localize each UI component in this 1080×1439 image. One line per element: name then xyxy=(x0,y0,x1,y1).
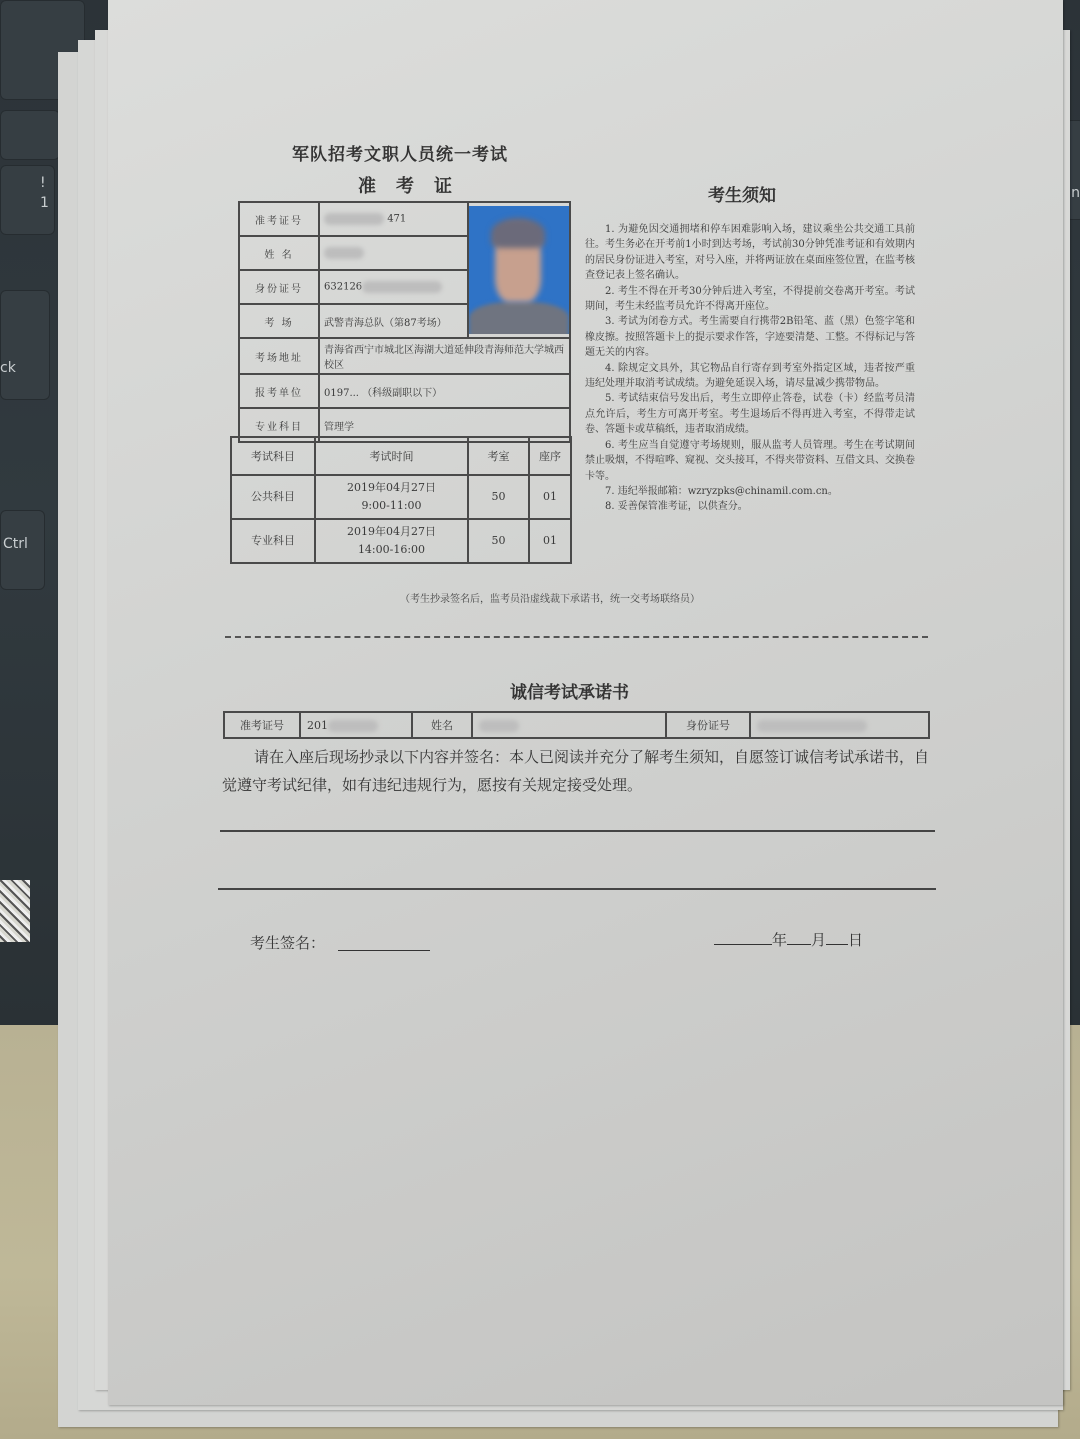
ticket-subtitle: 准考证 xyxy=(358,172,472,198)
signature-field[interactable] xyxy=(338,950,430,951)
schedule-time: 2019年04月27日9:00-11:00 xyxy=(315,475,468,519)
schedule-seat: 01 xyxy=(529,475,571,519)
schedule-subject: 公共科目 xyxy=(231,475,315,519)
schedule-row: 专业科目 2019年04月27日14:00-16:00 50 01 xyxy=(231,519,571,563)
notice-item: 1. 为避免因交通拥堵和停车困难影响入场，建议乘坐公共交通工具前往。考生务必在开… xyxy=(585,222,915,284)
schedule-room: 50 xyxy=(468,475,529,519)
year-blank[interactable] xyxy=(714,928,772,945)
pledge-statement: 请在入座后现场抄录以下内容并签名：本人已阅读并充分了解考生须知，自愿签订诚信考试… xyxy=(222,743,932,799)
cut-instruction: （考生抄录签名后，监考员沿虚线裁下承诺书，统一交考场联络员） xyxy=(400,590,700,605)
redaction xyxy=(328,720,378,732)
schedule-header: 考室 xyxy=(468,437,529,475)
year-label: 年 xyxy=(772,931,787,949)
redaction xyxy=(324,247,364,259)
pledge-value-ticket-number: 201 xyxy=(300,712,412,738)
field-value-name xyxy=(319,236,468,270)
candidate-photo xyxy=(469,206,569,334)
field-label: 考 场 xyxy=(239,304,319,338)
field-value-ticket-number: 471 xyxy=(319,202,468,236)
notice-item: 6. 考生应当自觉遵守考场规则，服从监考人员管理。考生在考试期间禁止吸烟，不得喧… xyxy=(585,438,915,484)
redaction xyxy=(479,720,519,732)
field-value-exam-site: 武警青海总队（第87考场） xyxy=(319,304,468,338)
field-value-id-number: 632126 xyxy=(319,270,468,304)
schedule-table: 考试科目 考试时间 考室 座序 公共科目 2019年04月27日9:00-11:… xyxy=(230,436,572,564)
notice-title: 考生须知 xyxy=(708,181,776,206)
field-label: 姓 名 xyxy=(239,236,319,270)
admission-document: 军队招考文职人员统一考试 准考证 准考证号 471 姓 名 身份证号 63212… xyxy=(0,0,1080,1439)
notice-item: 5. 考试结束信号发出后，考生立即停止答卷，试卷（卡）经监考员清点允许后，考生方… xyxy=(585,391,915,437)
day-label: 日 xyxy=(848,931,863,949)
cut-line xyxy=(225,636,928,638)
schedule-header: 座序 xyxy=(529,437,571,475)
photo-cell xyxy=(468,202,570,338)
date-field[interactable]: 年月日 xyxy=(714,928,863,950)
field-label: 考场地址 xyxy=(239,338,319,374)
schedule-subject: 专业科目 xyxy=(231,519,315,563)
pledge-value-id-number xyxy=(750,712,929,738)
redaction xyxy=(324,213,384,225)
field-label: 准考证号 xyxy=(239,202,319,236)
month-blank[interactable] xyxy=(787,928,811,945)
notice-item: 4. 除规定文具外，其它物品自行寄存到考室外指定区域，违者按严重违纪处理并取消考… xyxy=(585,361,915,392)
notice-item: 3. 考试为闭卷方式。考生需要自行携带2B铅笔、蓝（黑）色签字笔和橡皮擦。按照答… xyxy=(585,314,915,360)
pledge-label: 准考证号 xyxy=(224,712,300,738)
field-value-site-address: 青海省西宁市城北区海湖大道延伸段青海师范大学城西校区 xyxy=(319,338,570,374)
signature-label: 考生签名： xyxy=(250,932,325,953)
pledge-info-table: 准考证号 201 姓名 身份证号 xyxy=(223,711,930,739)
handwriting-line[interactable] xyxy=(218,888,936,890)
schedule-room: 50 xyxy=(468,519,529,563)
pledge-title: 诚信考试承诺书 xyxy=(510,678,629,703)
handwriting-line[interactable] xyxy=(220,830,935,832)
redaction xyxy=(362,281,442,293)
field-label: 报考单位 xyxy=(239,374,319,408)
redaction xyxy=(757,720,867,732)
schedule-seat: 01 xyxy=(529,519,571,563)
document-title: 军队招考文职人员统一考试 xyxy=(292,140,508,165)
field-label: 身份证号 xyxy=(239,270,319,304)
schedule-header: 考试时间 xyxy=(315,437,468,475)
month-label: 月 xyxy=(811,931,826,949)
field-value-unit: 0197... （科级副职以下） xyxy=(319,374,570,408)
pledge-label: 姓名 xyxy=(412,712,472,738)
day-blank[interactable] xyxy=(826,928,848,945)
pledge-value-name xyxy=(472,712,666,738)
schedule-header: 考试科目 xyxy=(231,437,315,475)
ticket-info-table: 准考证号 471 姓 名 身份证号 632126 考 场 武警青海总队（第87考… xyxy=(238,201,571,443)
notice-item: 7. 违纪举报邮箱：wzryzpks@chinamil.com.cn。 xyxy=(585,484,915,499)
schedule-time: 2019年04月27日14:00-16:00 xyxy=(315,519,468,563)
notice-item: 2. 考生不得在开考30分钟后进入考室，不得提前交卷离开考室。考试期间，考生未经… xyxy=(585,284,915,315)
schedule-row: 公共科目 2019年04月27日9:00-11:00 50 01 xyxy=(231,475,571,519)
notice-item: 8. 妥善保管准考证，以供查分。 xyxy=(585,499,915,514)
notice-list: 1. 为避免因交通拥堵和停车困难影响入场，建议乘坐公共交通工具前往。考生务必在开… xyxy=(585,222,915,515)
pledge-label: 身份证号 xyxy=(666,712,750,738)
